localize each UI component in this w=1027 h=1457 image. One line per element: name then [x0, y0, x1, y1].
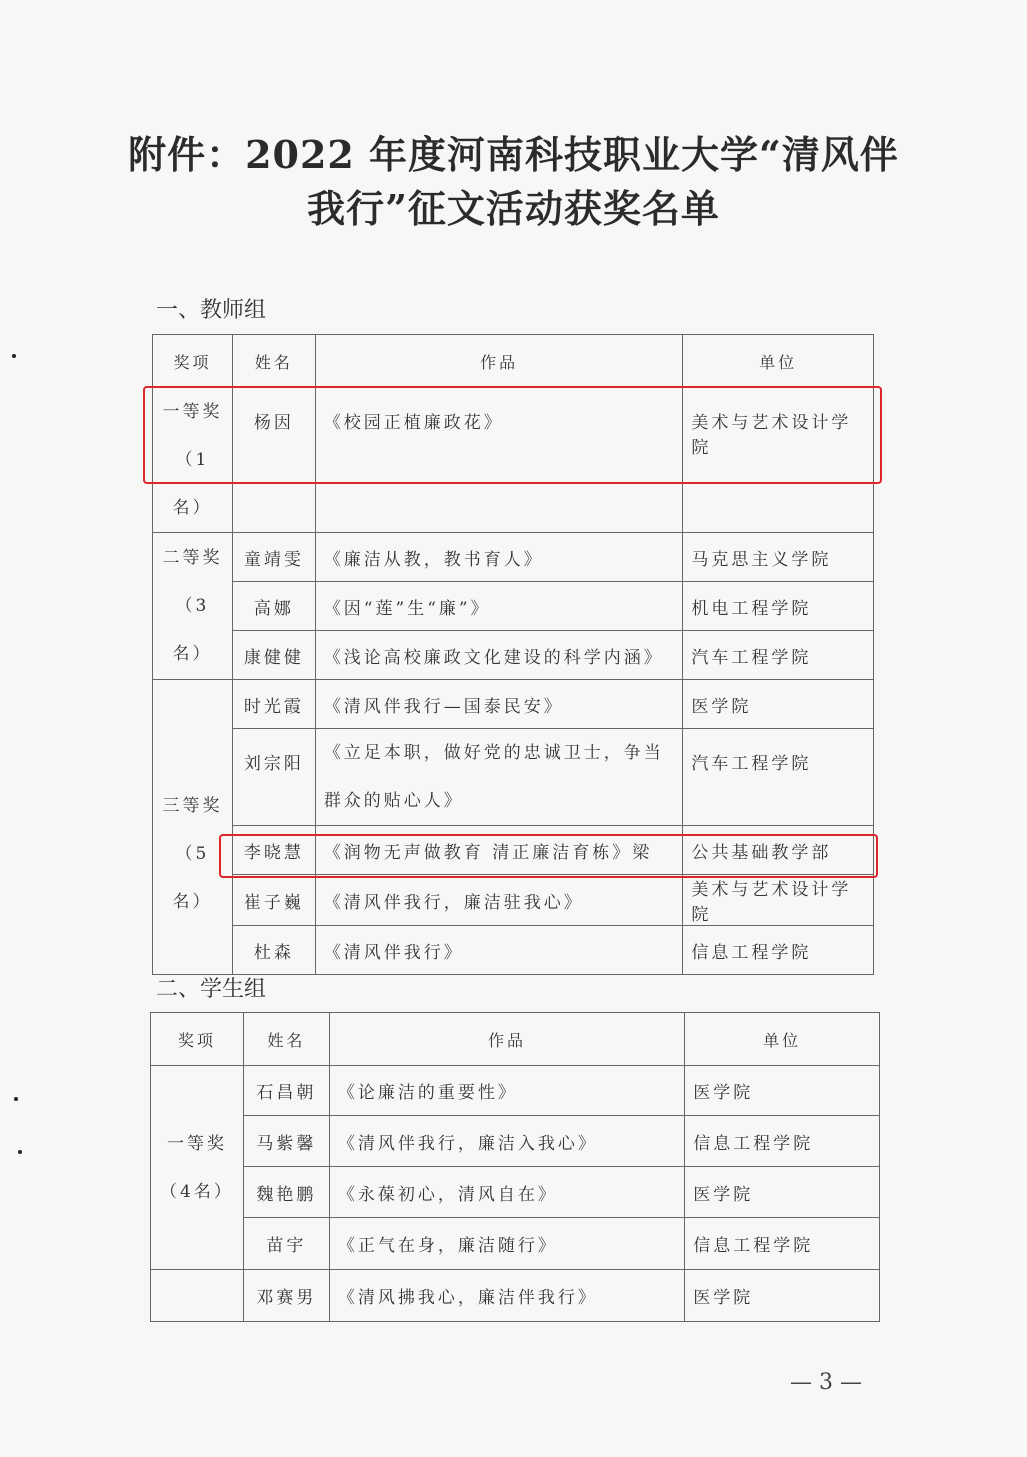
work-cell: 《清风伴我行，廉洁入我心》 — [329, 1116, 684, 1167]
name-cell: 苗宇 — [243, 1218, 329, 1270]
work-cell: 《论廉洁的重要性》 — [329, 1066, 684, 1116]
unit-cell: 汽车工程学院 — [683, 729, 874, 826]
award-label: 三等奖 — [161, 782, 224, 830]
document-title: 附件：2022 年度河南科技职业大学“清风伴 我行”征文活动获奖名单 — [0, 128, 1027, 236]
table-row: 刘宗阳 《立足本职，做好党的忠诚卫士，争当群众的贴心人》 汽车工程学院 — [153, 729, 874, 826]
name-cell: 康健健 — [232, 631, 315, 680]
award-count: （4名） — [159, 1168, 235, 1216]
header-work: 作品 — [329, 1013, 684, 1066]
work-cell: 《清风伴我行》 — [315, 926, 683, 975]
table-row: 杜森 《清风伴我行》 信息工程学院 — [153, 926, 874, 975]
unit-cell: 机电工程学院 — [683, 582, 874, 631]
table-row: 马紫馨 《清风伴我行，廉洁入我心》 信息工程学院 — [151, 1116, 880, 1167]
table-row: 邓赛男 《清风拂我心，廉洁伴我行》 医学院 — [151, 1270, 880, 1322]
name-cell: 刘宗阳 — [232, 729, 315, 826]
work-cell: 《润物无声做教育 清正廉洁育栋》梁 — [315, 826, 683, 875]
unit-cell: 信息工程学院 — [685, 1218, 880, 1270]
work-cell: 《浅论高校廉政文化建设的科学内涵》 — [315, 631, 683, 680]
work-cell: 《正气在身，廉洁随行》 — [329, 1218, 684, 1270]
work-cell: 《清风伴我行—国泰民安》 — [315, 680, 683, 729]
student-group-heading: 二、学生组 — [156, 972, 266, 1003]
table-header-row: 奖项 姓名 作品 单位 — [153, 335, 874, 388]
header-award: 奖项 — [151, 1013, 244, 1066]
table-row: 三等奖 （5名） 时光霞 《清风伴我行—国泰民安》 医学院 — [153, 680, 874, 729]
unit-cell: 公共基础教学部 — [683, 826, 874, 875]
unit-cell: 医学院 — [685, 1270, 880, 1322]
award-count: （5名） — [161, 830, 224, 926]
work-cell: 《因“莲”生“廉”》 — [315, 582, 683, 631]
header-name: 姓名 — [243, 1013, 329, 1066]
award-cell-second: 二等奖 （3名） — [153, 533, 233, 680]
scan-speck — [18, 1150, 22, 1154]
student-award-table: 奖项 姓名 作品 单位 一等奖 （4名） 石昌朝 《论廉洁的重要性》 医学院 马… — [150, 1012, 880, 1322]
unit-cell: 医学院 — [685, 1167, 880, 1218]
table-row: 崔子巍 《清风伴我行，廉洁驻我心》 美术与艺术设计学院 — [153, 875, 874, 926]
work-cell: 《清风伴我行，廉洁驻我心》 — [315, 875, 683, 926]
name-cell: 石昌朝 — [243, 1066, 329, 1116]
table-row: 一等奖 （4名） 石昌朝 《论廉洁的重要性》 医学院 — [151, 1066, 880, 1116]
teacher-group-heading: 一、教师组 — [156, 293, 266, 324]
name-cell: 高娜 — [232, 582, 315, 631]
table-row: 魏艳鹏 《永葆初心，清风自在》 医学院 — [151, 1167, 880, 1218]
page-number: — 3 — — [790, 1370, 862, 1395]
work-cell: 《永葆初心，清风自在》 — [329, 1167, 684, 1218]
title-line-1: 附件：2022 年度河南科技职业大学“清风伴 — [0, 128, 1027, 182]
name-cell: 杜森 — [232, 926, 315, 975]
table-row: 康健健 《浅论高校廉政文化建设的科学内涵》 汽车工程学院 — [153, 631, 874, 680]
name-cell: 邓赛男 — [243, 1270, 329, 1322]
table-row: 苗宇 《正气在身，廉洁随行》 信息工程学院 — [151, 1218, 880, 1270]
name-cell: 崔子巍 — [232, 875, 315, 926]
table-row: 一等奖 （1名） 杨因 《校园正植廉政花》 美术与艺术设计学院 — [153, 388, 874, 533]
unit-cell: 信息工程学院 — [685, 1116, 880, 1167]
header-unit: 单位 — [683, 335, 874, 388]
award-count: （3名） — [161, 582, 224, 678]
award-cell-first: 一等奖 （1名） — [153, 388, 233, 533]
award-cell-third: 三等奖 （5名） — [153, 680, 233, 975]
work-cell: 《清风拂我心，廉洁伴我行》 — [329, 1270, 684, 1322]
unit-cell: 马克思主义学院 — [683, 533, 874, 582]
table-header-row: 奖项 姓名 作品 单位 — [151, 1013, 880, 1066]
award-label: 二等奖 — [161, 534, 224, 582]
table-row: 李晓慧 《润物无声做教育 清正廉洁育栋》梁 公共基础教学部 — [153, 826, 874, 875]
header-name: 姓名 — [232, 335, 315, 388]
unit-cell: 美术与艺术设计学院 — [683, 875, 874, 926]
header-unit: 单位 — [685, 1013, 880, 1066]
name-cell: 时光霞 — [232, 680, 315, 729]
award-cell-first: 一等奖 （4名） — [151, 1066, 244, 1270]
unit-cell: 医学院 — [683, 680, 874, 729]
scan-speck — [14, 1097, 18, 1101]
name-cell: 杨因 — [232, 388, 315, 533]
work-cell: 《廉洁从教，教书育人》 — [315, 533, 683, 582]
award-label: 一等奖 — [159, 1120, 235, 1168]
name-cell: 马紫馨 — [243, 1116, 329, 1167]
unit-cell: 信息工程学院 — [683, 926, 874, 975]
award-count: （1名） — [161, 436, 224, 532]
table-row: 高娜 《因“莲”生“廉”》 机电工程学院 — [153, 582, 874, 631]
unit-cell: 汽车工程学院 — [683, 631, 874, 680]
name-cell: 魏艳鹏 — [243, 1167, 329, 1218]
header-work: 作品 — [315, 335, 683, 388]
unit-cell: 医学院 — [685, 1066, 880, 1116]
table-row: 二等奖 （3名） 童靖雯 《廉洁从教，教书育人》 马克思主义学院 — [153, 533, 874, 582]
title-line-2: 我行”征文活动获奖名单 — [0, 182, 1027, 236]
header-award: 奖项 — [153, 335, 233, 388]
unit-cell: 美术与艺术设计学院 — [683, 388, 874, 533]
teacher-award-table: 奖项 姓名 作品 单位 一等奖 （1名） 杨因 《校园正植廉政花》 美术与艺术设… — [152, 334, 874, 975]
scan-speck — [12, 354, 16, 358]
award-cell-empty — [151, 1270, 244, 1322]
name-cell: 童靖雯 — [232, 533, 315, 582]
award-label: 一等奖 — [161, 388, 224, 436]
name-cell: 李晓慧 — [232, 826, 315, 875]
work-cell: 《校园正植廉政花》 — [315, 388, 683, 533]
work-cell: 《立足本职，做好党的忠诚卫士，争当群众的贴心人》 — [315, 729, 683, 826]
